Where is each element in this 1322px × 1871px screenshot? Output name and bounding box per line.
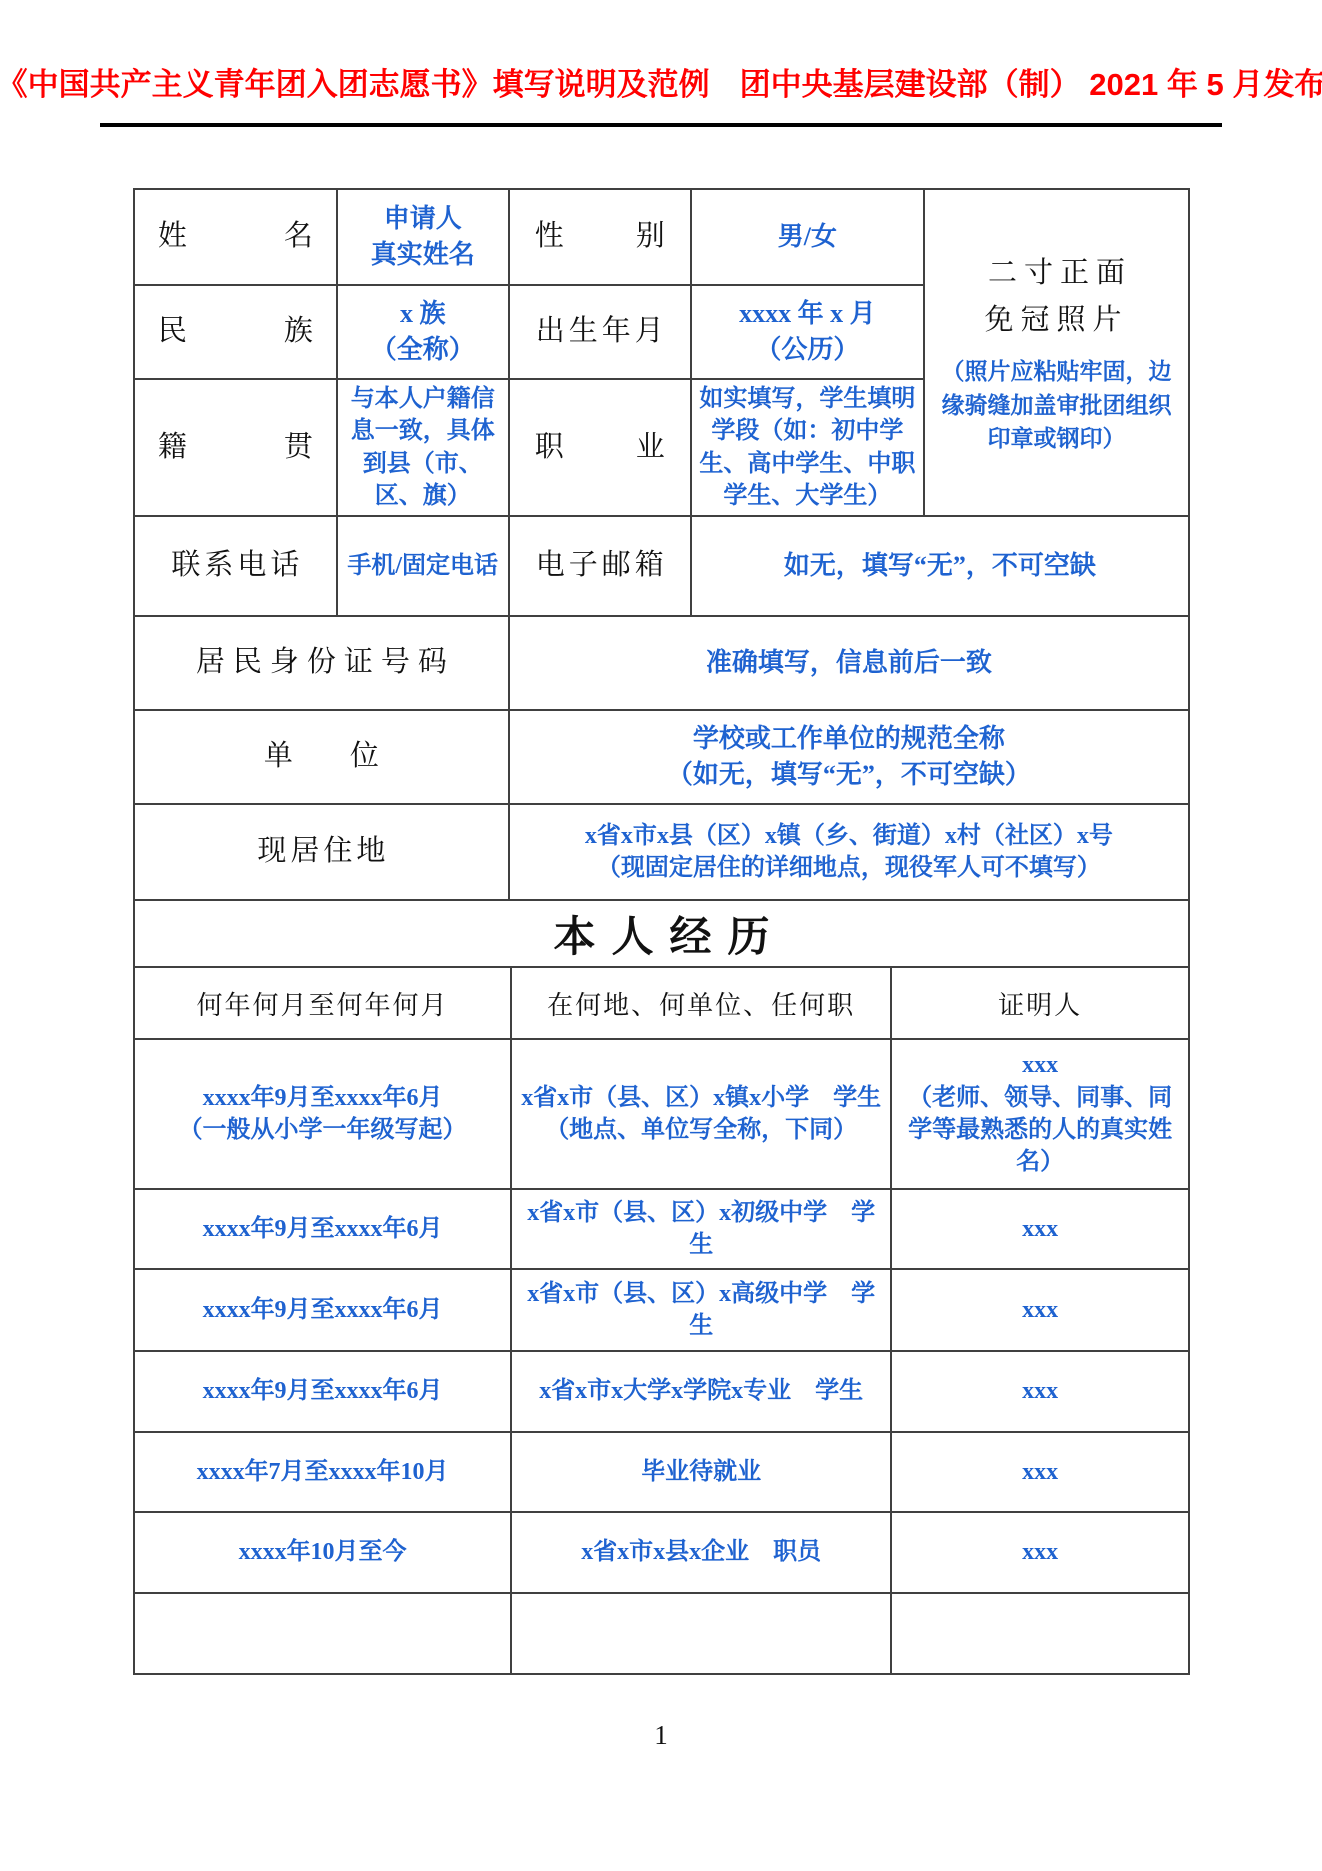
name-label: 姓名 [158, 218, 313, 256]
exp-row-place-text: x省x市x大学x学院x专业 学生 [539, 1375, 863, 1407]
name-value: 申请人 真实姓名 [371, 201, 475, 274]
id-label: 居民身份证号码 [188, 644, 455, 682]
exp-row-period-text: xxxx年10月至今 [239, 1536, 407, 1568]
exp-row-period-text: xxxx年9月至xxxx年6月 [203, 1213, 443, 1245]
phone-value: 手机/固定电话 [347, 550, 498, 582]
exp-header-place-cell: 在何地、何单位、任何职 [512, 968, 890, 1038]
exp-row-period: xxxx年9月至xxxx年6月 [135, 1352, 510, 1431]
exp-row-period-text: xxxx年9月至xxxx年6月 [203, 1294, 443, 1326]
ethnicity-value-cell: x 族 （全称） [338, 286, 508, 378]
ethnicity-label-cell: 民族 [135, 286, 336, 378]
gender-value-cell: 男/女 [692, 190, 923, 284]
birth-label-cell: 出生年月 [510, 286, 690, 378]
exp-row-period: xxxx年9月至xxxx年6月 [135, 1270, 510, 1350]
page-number: 1 [0, 1720, 1322, 1751]
exp-row-witness-text: xxx [1022, 1294, 1058, 1326]
exp-row-period: xxxx年9月至xxxx年6月 [135, 1190, 510, 1268]
exp-header-witness-cell: 证明人 [892, 968, 1188, 1038]
exp-row-witness: xxx [892, 1433, 1188, 1511]
application-form-table: 姓名 申请人 真实姓名 性别 男/女 二寸正面 免冠照片 （照片应粘贴牢固，边缘… [133, 188, 1190, 1675]
origin-label-cell: 籍贯 [135, 380, 336, 515]
exp-row-place-text: 毕业待就业 [641, 1456, 761, 1488]
origin-label: 籍贯 [158, 429, 313, 467]
phone-value-cell: 手机/固定电话 [338, 517, 508, 615]
exp-row-period: xxxx年9月至xxxx年6月 （一般从小学一年级写起） [135, 1040, 510, 1188]
exp-row-place: x省x市（县、区）x高级中学 学生 [512, 1270, 890, 1350]
exp-row-place-empty [512, 1594, 890, 1673]
id-value: 准确填写，信息前后一致 [706, 645, 992, 681]
occupation-label: 职业 [535, 429, 665, 467]
gender-label-cell: 性别 [510, 190, 690, 284]
residence-label-cell: 现居住地 [135, 805, 508, 899]
exp-row-witness: xxx [892, 1513, 1188, 1592]
exp-row-place: x省x市x县x企业 职员 [512, 1513, 890, 1592]
exp-row-witness-text: xxx [1022, 1456, 1058, 1488]
name-value-cell: 申请人 真实姓名 [338, 190, 508, 284]
unit-value: 学校或工作单位的规范全称 （如无，填写“无”，不可空缺） [667, 721, 1031, 794]
id-label-cell: 居民身份证号码 [135, 617, 508, 709]
exp-row-witness: xxx [892, 1190, 1188, 1268]
exp-row-witness-text: xxx [1022, 1536, 1058, 1568]
photo-note: （照片应粘贴牢固，边缘骑缝加盖审批团组织印章或钢印） [929, 355, 1184, 455]
email-label: 电子邮箱 [532, 547, 668, 585]
exp-row-witness-empty [892, 1594, 1188, 1673]
exp-header-period-cell: 何年何月至何年何月 [135, 968, 510, 1038]
email-value: 如无，填写“无”，不可空缺 [784, 548, 1096, 584]
personal-info-grid: 姓名 申请人 真实姓名 性别 男/女 二寸正面 免冠照片 （照片应粘贴牢固，边缘… [135, 190, 1188, 899]
exp-row-period-text: xxxx年9月至xxxx年6月 （一般从小学一年级写起） [179, 1082, 467, 1147]
exp-row-witness-text: xxx （老师、领导、同事、同学等最熟悉的人的真实姓名） [896, 1049, 1184, 1179]
photo-cell: 二寸正面 免冠照片 （照片应粘贴牢固，边缘骑缝加盖审批团组织印章或钢印） [925, 190, 1188, 515]
birth-value: xxxx 年 x 月 （公历） [739, 296, 876, 369]
exp-row-place: 毕业待就业 [512, 1433, 890, 1511]
exp-row-place-text: x省x市（县、区）x高级中学 学生 [516, 1278, 886, 1343]
exp-row-period: xxxx年10月至今 [135, 1513, 510, 1592]
birth-label: 出生年月 [532, 313, 668, 351]
ethnicity-label: 民族 [158, 313, 313, 351]
experience-section-title: 本人经历 [135, 901, 1188, 966]
occupation-label-cell: 职业 [510, 380, 690, 515]
phone-label-cell: 联系电话 [135, 517, 336, 615]
exp-row-period-text: xxxx年9月至xxxx年6月 [203, 1375, 443, 1407]
exp-row-place-text: x省x市（县、区）x镇x小学 学生 （地点、单位写全称，下同） [521, 1082, 881, 1147]
exp-row-place-text: x省x市x县x企业 职员 [581, 1536, 821, 1568]
name-label-cell: 姓名 [135, 190, 336, 284]
exp-row-place: x省x市x大学x学院x专业 学生 [512, 1352, 890, 1431]
residence-value-cell: x省x市x县（区）x镇（乡、街道）x村（社区）x号 （现固定居住的详细地点，现役… [510, 805, 1188, 899]
gender-value: 男/女 [778, 219, 837, 255]
experience-grid: 何年何月至何年何月 在何地、何单位、任何职 证明人 xxxx年9月至xxxx年6… [135, 968, 1188, 1673]
exp-row-period: xxxx年7月至xxxx年10月 [135, 1433, 510, 1511]
exp-header-place: 在何地、何单位、任何职 [547, 985, 855, 1022]
gender-label: 性别 [535, 218, 665, 256]
unit-value-cell: 学校或工作单位的规范全称 （如无，填写“无”，不可空缺） [510, 711, 1188, 803]
exp-row-place-text: x省x市（县、区）x初级中学 学生 [516, 1197, 886, 1262]
document-title-main: 《中国共产主义青年团入团志愿书》填写说明及范例 [0, 66, 710, 103]
id-value-cell: 准确填写，信息前后一致 [510, 617, 1188, 709]
photo-title: 二寸正面 免冠照片 [981, 250, 1132, 346]
origin-value: 与本人户籍信息一致，具体到县（市、区、旗） [342, 383, 504, 513]
exp-row-witness: xxx [892, 1270, 1188, 1350]
exp-row-witness: xxx （老师、领导、同事、同学等最熟悉的人的真实姓名） [892, 1040, 1188, 1188]
unit-label: 单位 [264, 738, 379, 776]
origin-value-cell: 与本人户籍信息一致，具体到县（市、区、旗） [338, 380, 508, 515]
phone-label: 联系电话 [167, 547, 303, 585]
occupation-value-cell: 如实填写，学生填明学段（如：初中学生、高中学生、中职学生、大学生） [692, 380, 923, 515]
title-underline [100, 123, 1222, 127]
residence-label: 现居住地 [253, 833, 389, 871]
occupation-value: 如实填写，学生填明学段（如：初中学生、高中学生、中职学生、大学生） [696, 383, 919, 513]
exp-row-witness-text: xxx [1022, 1213, 1058, 1245]
document-title-issuer: 团中央基层建设部（制） 2021 年 5 月发布 [740, 66, 1322, 103]
exp-row-place: x省x市（县、区）x镇x小学 学生 （地点、单位写全称，下同） [512, 1040, 890, 1188]
exp-row-place: x省x市（县、区）x初级中学 学生 [512, 1190, 890, 1268]
exp-header-period: 何年何月至何年何月 [197, 985, 449, 1022]
ethnicity-value: x 族 （全称） [371, 296, 475, 369]
exp-row-witness: xxx [892, 1352, 1188, 1431]
exp-row-period-empty [135, 1594, 510, 1673]
email-value-cell: 如无，填写“无”，不可空缺 [692, 517, 1188, 615]
unit-label-cell: 单位 [135, 711, 508, 803]
exp-header-witness: 证明人 [998, 985, 1082, 1022]
exp-row-period-text: xxxx年7月至xxxx年10月 [197, 1456, 449, 1488]
birth-value-cell: xxxx 年 x 月 （公历） [692, 286, 923, 378]
exp-row-witness-text: xxx [1022, 1375, 1058, 1407]
document-title: 《中国共产主义青年团入团志愿书》填写说明及范例 团中央基层建设部（制） 2021… [90, 66, 1232, 103]
residence-value: x省x市x县（区）x镇（乡、街道）x村（社区）x号 （现固定居住的详细地点，现役… [585, 820, 1113, 885]
email-label-cell: 电子邮箱 [510, 517, 690, 615]
